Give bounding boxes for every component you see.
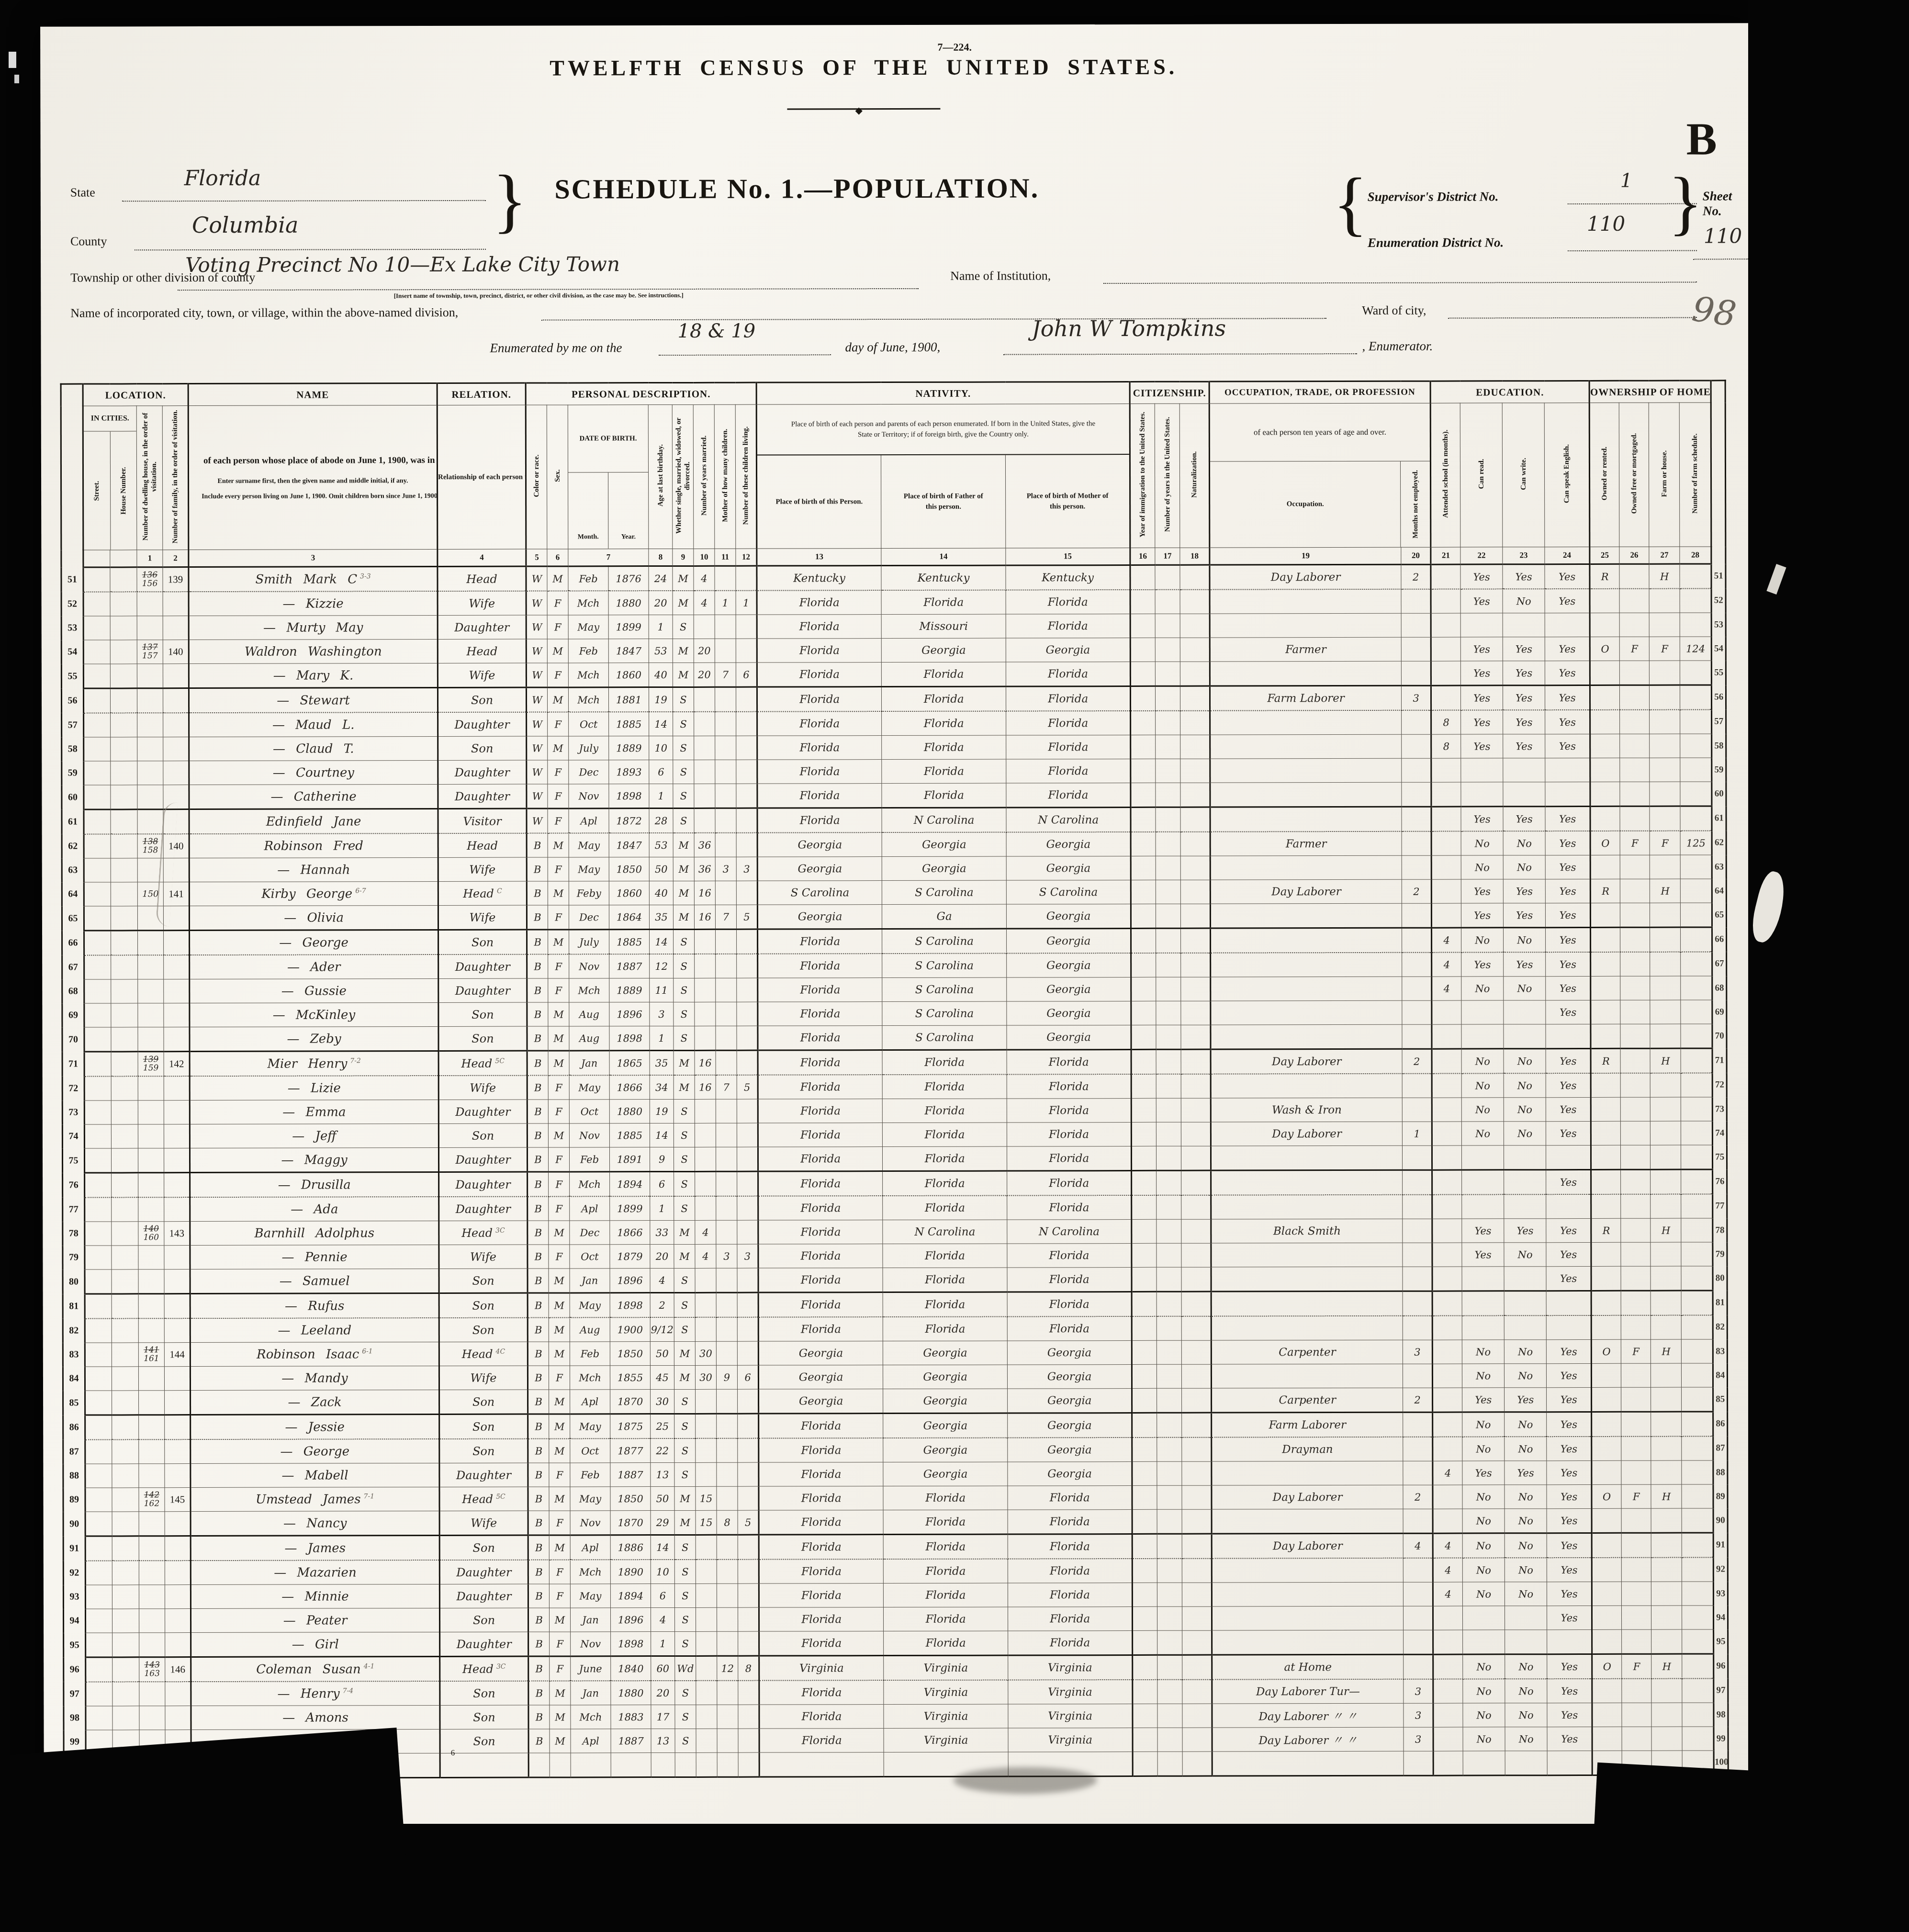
cell-na-r76 [1181,1170,1211,1195]
cell-wr-r90: No [1505,1509,1547,1533]
cell-oc-r62: Farmer [1210,831,1402,856]
cell-en-r65: Yes [1546,903,1591,927]
cell-oc-r60 [1210,782,1402,807]
cell-en-r55: Yes [1545,661,1590,685]
cell-sx-r67: F [548,954,569,978]
cell-yr-r75: 1891 [610,1147,650,1172]
cell-ho-r51 [110,567,137,592]
cell-p1-r86: Florida [759,1414,883,1438]
cell-yr-r59: 1893 [609,760,649,784]
cell-ow-r71: R [1591,1048,1620,1073]
cell-lnum-r88: 88 [63,1464,85,1488]
cell-ag-r63: 50 [649,857,673,881]
cell-na-r93 [1182,1583,1212,1606]
cell-na-r55 [1180,662,1210,686]
cell-ym-r83: 30 [695,1341,716,1365]
cell-ms-r65: M [673,905,694,929]
cell-cl-r65: 5 [736,905,757,929]
cell-mc-r64 [715,881,736,905]
cell-rnum-r89: 89 [1713,1484,1728,1508]
cell-ym-r75 [695,1147,716,1171]
cell-fh-r75 [1651,1145,1681,1169]
cell-yu-r51 [1155,565,1180,590]
person-row-60: 60— CatherineDaughterWFNov18981SFloridaF… [62,782,1726,809]
cell-fm-r94 [1622,1606,1651,1629]
cell-p2-r82: Florida [883,1317,1007,1341]
cell-rnum-r67: 67 [1712,952,1727,976]
cell-st-r98 [86,1706,112,1730]
cell-sx-r95: F [550,1632,571,1656]
cell-sc-r58: 8 [1431,734,1461,758]
cell-yr-r96: 1840 [611,1656,651,1681]
cell-ms-r91: S [674,1535,696,1560]
pob-mother-label: Place of birth of Mother of this person. [1005,455,1130,548]
cell-na-r65 [1181,904,1211,928]
name-desc-sub2: Include every person living on June 1, 1… [202,492,424,502]
cell-rel-r52: Wife [438,591,526,616]
cell-mo-r54: Feb [568,639,608,663]
cell-dw-r59 [137,761,163,785]
cell-ra-r64: B [527,881,548,905]
cell-ms-r69: S [674,1002,695,1026]
cell-rnum-r76: 76 [1713,1169,1727,1194]
cell-lnum-r74: 74 [62,1124,84,1148]
cell-mo-r86: May [570,1414,610,1439]
cell-p1-r53: Florida [757,615,881,639]
cell-im-r98 [1133,1704,1157,1728]
cell-mc-r59 [715,760,736,784]
cell-mc-r52: 1 [715,591,736,615]
cell-sc-r99 [1433,1727,1463,1751]
cell-ow-r51: R [1590,564,1619,589]
cell-fs-r99 [1682,1727,1714,1751]
cell-en-r97: Yes [1547,1679,1592,1703]
cell-mo-r80: Jan [570,1269,610,1293]
cell-fm-r84 [1621,1363,1651,1387]
cell-yr-r93: 1894 [610,1584,651,1608]
cell-dw-r76 [138,1173,164,1198]
attended-school-label: Attended school (in months). [1441,430,1450,518]
cell-fh-r82 [1651,1315,1681,1340]
cell-im-r80 [1132,1267,1157,1292]
cell-rnum-r80: 80 [1713,1266,1727,1291]
cell-lnum-r85: 85 [63,1391,85,1415]
cell-ym-r67 [695,954,716,978]
cell-ow-r97 [1592,1679,1622,1703]
house-number-label: House Number. [119,467,128,515]
person-row-82: 82— LeelandSonBMAug19009/12SFloridaFlori… [63,1315,1727,1343]
cell-ms-r53: S [673,615,694,639]
cell-ho-r92 [112,1561,139,1585]
cell-na-r92 [1182,1559,1212,1583]
cell-name-r73: — Emma [190,1100,438,1124]
cell-ow-r98 [1592,1703,1622,1727]
cell-name-r69: — McKinley [190,1003,438,1027]
cell-sc-r90 [1433,1509,1462,1533]
cell-mc-r96: 12 [717,1656,738,1681]
cell-yu-r94 [1157,1606,1182,1630]
cell-sc-r92: 4 [1433,1558,1462,1583]
cell-p3-r63: Georgia [1006,856,1131,880]
cell-mo-r89: May [570,1487,610,1511]
month-label: Month. [568,472,608,549]
cell-ym-r97 [696,1681,717,1705]
cell-name-r55: — Mary K. [189,663,438,688]
cell-ms-r94: S [675,1607,696,1631]
cell-rd-r92: No [1462,1558,1505,1582]
cell-p1-r76: Florida [758,1171,883,1196]
cell-mn-r57 [1402,710,1431,735]
cell-mc-r60 [715,784,736,808]
cell-ow-r87 [1592,1437,1621,1461]
cell-fm-r91 [1621,1533,1651,1558]
cell-fs-r98 [1682,1703,1714,1727]
cell-ms-r95: S [675,1631,696,1656]
cell-p2-r87: Georgia [883,1438,1008,1462]
cell-ag-r59: 6 [649,760,673,784]
owned-free-label: Owned free or mortgaged. [1630,433,1639,514]
cell-fh-r93 [1651,1582,1682,1606]
cell-cl-r76 [737,1171,758,1196]
county-value: Columbia [192,212,299,238]
cell-mn-r71: 2 [1402,1049,1432,1074]
cell-p2-r72: Florida [882,1075,1007,1099]
cell-lnum-r86: 86 [63,1415,85,1440]
cell-p1-r83: Georgia [758,1341,883,1366]
cell-p3-r90: Florida [1008,1509,1132,1534]
col-number-23: 23 [1503,547,1545,564]
col-number-10: 10 [694,549,715,566]
cell-fh-r84 [1651,1363,1682,1387]
cell-ho-r72 [111,1076,138,1101]
cell-ag-r71: 35 [650,1050,674,1075]
enumerated-pre: Enumerated by me on the [490,340,622,356]
cell-ow-r96: O [1592,1654,1622,1679]
person-row-52: 52— KizzieWifeWFMch188020M411FloridaFlor… [61,588,1726,616]
cell-en-r61: Yes [1545,806,1590,831]
cell-ow-r74 [1591,1121,1621,1145]
person-row-67: 67— AderDaughterBFNov188712SFloridaS Car… [62,952,1727,979]
cell-im-r62 [1131,832,1156,856]
cell-ym-r78: 4 [695,1220,716,1244]
cell-fh-r80 [1651,1266,1681,1291]
cell-sc-r66: 4 [1432,928,1461,953]
cell-p3-r55: Florida [1006,662,1130,686]
cell-ow-r54: O [1590,637,1619,661]
cell-rd-r69 [1461,1000,1504,1024]
cell-st-r51 [83,567,110,592]
cell-en-r88: Yes [1547,1460,1592,1484]
cell-yr-r71: 1865 [609,1051,650,1076]
cell-fa-r80 [164,1269,190,1294]
cell-dw-r82 [138,1318,164,1343]
cell-fm-r67 [1620,952,1650,977]
cell-ms-r68: S [674,978,695,1002]
cell-fh-r69 [1650,1000,1681,1024]
cell-wr-r89: No [1505,1485,1547,1509]
cell-st-r84 [85,1367,112,1391]
cell-na-r62 [1180,832,1210,856]
cell-sx-r72: F [548,1075,569,1100]
cell-p2-r94: Florida [884,1607,1008,1631]
cell-lnum-r70: 70 [62,1027,84,1052]
cell-wr-r95 [1505,1630,1547,1654]
cell-name-r66: — George [190,930,438,955]
cell-sx-r68: F [548,978,569,1002]
person-row-65: 65— OliviaWifeBFDec186435M1675GeorgiaGaG… [62,903,1726,931]
cell-dw-r79 [138,1246,164,1269]
cell-rel-r88: Daughter [439,1463,528,1487]
col-number-21: 21 [1431,547,1460,564]
cell-en-r74: Yes [1546,1121,1591,1145]
in-cities-block: IN CITIES. Street. House Number. [83,406,137,550]
cell-fm-r61 [1620,806,1650,831]
cell-p2-r68: S Carolina [882,977,1007,1002]
cell-im-r78 [1132,1219,1157,1243]
cell-name-r78: Barnhill Adolphus [190,1221,439,1246]
cell-en-r53 [1545,613,1590,637]
cell-mc-r62 [715,833,736,857]
cell-wr-r86: No [1505,1412,1547,1437]
cell-p3-r59: Florida [1006,759,1131,783]
cell-sx-r56: M [548,687,569,712]
cell-sc-r65 [1432,903,1461,928]
cell-ms-r89: M [674,1486,696,1510]
cell-wr-r98: No [1505,1703,1547,1727]
cell-oc-r92 [1212,1558,1403,1583]
family-label: Number of family, in the order of visita… [171,410,180,543]
cell-ow-r55 [1590,661,1620,685]
cell-rnum-r64: 64 [1712,879,1727,903]
in-cities-label: IN CITIES. [84,406,136,431]
cell-fa-r75 [164,1148,190,1173]
cell-mc-r82 [716,1317,737,1342]
cell-st-r54 [83,640,110,664]
cell-rnum-r60: 60 [1712,782,1726,806]
cell-mc-r58 [715,736,736,760]
cell-ho-r57 [111,713,137,737]
group-nativity: NATIVITY. [756,382,1130,404]
person-row-94: 94— PeaterSonBMJan18964SFloridaFloridaFl… [63,1606,1728,1633]
cell-yu-r63 [1156,856,1180,880]
col-number-7: 7 [568,549,649,566]
cell-mc-r98 [717,1705,738,1729]
cell-mn-r98: 3 [1404,1703,1433,1727]
cell-ag-r88: 13 [651,1462,674,1486]
person-row-73: 73— EmmaDaughterBFOct188019SFloridaFlori… [62,1097,1727,1124]
cell-cl-r73 [737,1099,758,1123]
cell-im-r71 [1131,1049,1156,1074]
cell-ho-r63 [111,858,137,882]
cell-sx-r69: M [548,1002,569,1026]
cell-yu-r69 [1156,1001,1181,1025]
cell-ms-r66: S [674,929,695,954]
cell-mo-r81: May [570,1293,610,1318]
cell-name-r83: Robinson Isaac6-1 [190,1342,439,1367]
cell-yu-r70 [1156,1025,1181,1049]
cell-na-r63 [1180,856,1210,880]
cell-mo-r78: Dec [570,1221,610,1245]
cell-yu-r81 [1157,1292,1181,1316]
cell-ow-r76 [1591,1169,1621,1194]
cell-rnum-r62: 62 [1712,831,1726,855]
person-row-59: 59— CourtneyDaughterWFDec18936SFloridaFl… [62,758,1726,785]
cell-lnum-r75: 75 [62,1148,84,1173]
cell-p2-r75: Florida [883,1146,1007,1171]
children-living-label: Number of these children living. [741,426,750,525]
cell-ym-r62: 36 [694,833,715,857]
edge-speck-1 [9,52,16,68]
person-row-85: 85— ZackSonBMApl187030SGeorgiaGeorgiaGeo… [63,1387,1728,1415]
cell-sc-r51 [1431,564,1460,589]
cell-rd-r77 [1462,1194,1504,1219]
cell-dw-r55 [137,664,163,688]
cell-mc-r63: 3 [715,857,736,881]
cell-yu-r79 [1157,1243,1181,1267]
cell-name-r65: — Olivia [189,906,438,931]
cell-p3-r61: N Carolina [1006,807,1131,832]
cell-yr-r54: 1847 [608,639,649,663]
cell-na-r75 [1181,1146,1211,1170]
cell-oc-r61 [1210,807,1402,831]
cell-p3-r83: Georgia [1007,1340,1132,1365]
cell-ho-r77 [112,1197,138,1222]
cell-mn-r88 [1403,1461,1433,1485]
cell-ho-r87 [112,1439,139,1464]
cell-ow-r70 [1591,1024,1620,1048]
cell-na-r70 [1181,1025,1211,1049]
cell-wr-r78: Yes [1504,1219,1546,1243]
cell-sc-r78 [1432,1219,1462,1243]
cell-ra-r95: B [528,1632,550,1656]
cell-cl-r58 [736,736,757,760]
cell-ms-r74: S [674,1123,695,1147]
cell-fs-r79 [1681,1242,1713,1266]
cell-im-r56 [1131,686,1156,711]
cell-ho-r75 [111,1148,138,1173]
cell-rd-r78: Yes [1462,1219,1504,1243]
cell-im-r75 [1132,1146,1157,1170]
cell-fh-r74 [1651,1121,1681,1145]
cell-wr-r74: No [1504,1122,1546,1146]
cell-fs-r88 [1682,1460,1713,1484]
cell-en-r92: Yes [1547,1558,1592,1582]
cell-na-r73 [1181,1098,1211,1122]
cell-cl-r52: 1 [736,591,757,615]
cell-wr-r72: No [1504,1073,1546,1098]
cell-sc-r70 [1432,1024,1461,1049]
person-row-83: 83141161144Robinson Isaac6-1Head4CBMFeb1… [63,1339,1727,1367]
cell-oc-r97: Day Laborer Tur— [1212,1679,1404,1704]
cell-st-r88 [85,1464,112,1488]
cell-sx-r51: M [547,566,568,591]
enumerator-signature: John W Tompkins [1032,315,1226,342]
cell-yr-r55: 1860 [608,663,649,687]
cell-oc-r76 [1211,1170,1403,1195]
cell-st-r81 [85,1294,112,1319]
cell-sc-r57: 8 [1431,710,1461,735]
cell-rel-r63: Wife [438,857,527,881]
cell-st-r92 [85,1561,112,1585]
cell-p3-r57: Florida [1006,711,1131,735]
cell-mc-r55: 7 [715,663,736,687]
cell-ow-r57 [1590,710,1620,734]
cell-ho-r89 [112,1488,139,1512]
cell-fs-r53 [1680,613,1711,637]
cell-mn-r69 [1402,1000,1432,1024]
cell-dw-r84 [138,1367,164,1391]
enumerator-sig-line: John W Tompkins [1003,324,1357,355]
cell-rel-r72: Wife [438,1076,527,1100]
cell-fh-r99 [1651,1727,1682,1751]
cell-rd-r60 [1461,782,1503,807]
race-label: Color or race. [532,455,541,497]
cell-na-r95 [1182,1630,1212,1655]
cell-wr-r96: No [1505,1654,1547,1679]
cell-p3-r71: Florida [1007,1049,1131,1074]
cell-rd-r86: No [1462,1412,1505,1437]
cell-en-r56: Yes [1545,685,1590,710]
cell-oc-r63 [1210,855,1402,880]
cell-sc-r52 [1431,589,1460,614]
person-row-78: 78140160143Barnhill AdolphusHead3CBMDec1… [63,1218,1727,1246]
cell-mn-r81 [1403,1291,1432,1316]
cell-mc-r95 [717,1631,738,1656]
cell-ow-r90 [1592,1508,1621,1533]
cell-dw-r68 [138,979,164,1003]
cell-mn-r77 [1403,1195,1432,1219]
cell-p2-r56: Florida [882,686,1006,711]
cell-ag-r51: 24 [649,566,673,591]
cell-oc-r80 [1211,1267,1403,1292]
cell-p2-r79: Florida [883,1244,1007,1268]
cell-fa-r74 [164,1124,190,1148]
cell-mc-r83 [716,1341,737,1365]
cell-yr-r69: 1896 [609,1002,650,1026]
col-number-2: 2 [163,550,189,567]
cell-name-r77: — Ada [190,1197,439,1222]
cell-sx-r55: F [547,663,568,687]
cell-rd-r99: No [1463,1727,1505,1751]
cell-ow-r73 [1591,1097,1620,1121]
cell-name-r80: — Samuel [190,1269,439,1294]
cell-ra-r65: B [527,905,548,930]
cell-rel-r82: Son [439,1318,528,1342]
cell-name-r59: — Courtney [189,761,438,785]
cell-lnum-r65: 65 [62,906,84,931]
cell-cl-r98 [738,1705,759,1729]
cell-ow-r77 [1591,1194,1621,1219]
cell-cl-r61 [736,808,757,833]
cell-sc-r75 [1432,1146,1462,1170]
cell-ho-r91 [112,1536,139,1561]
cell-en-r62: Yes [1545,831,1590,855]
cell-im-r100 [1133,1752,1157,1776]
cell-rel-r89: Head5C [439,1487,528,1511]
cell-rel-r64: HeadC [438,881,527,905]
cell-na-r87 [1182,1438,1212,1462]
cell-lnum-r58: 58 [62,737,84,761]
cell-sc-r84 [1433,1364,1462,1388]
cell-ow-r95 [1592,1629,1622,1654]
cell-sx-r76: F [549,1172,570,1197]
cell-p1-r67: Florida [758,954,882,978]
cell-fs-r75 [1681,1145,1713,1169]
cell-ms-r67: S [674,954,695,978]
cell-dw-r71: 139159 [138,1052,164,1077]
cell-ra-r99: B [528,1729,550,1753]
cell-p2-r88: Georgia [883,1462,1008,1486]
